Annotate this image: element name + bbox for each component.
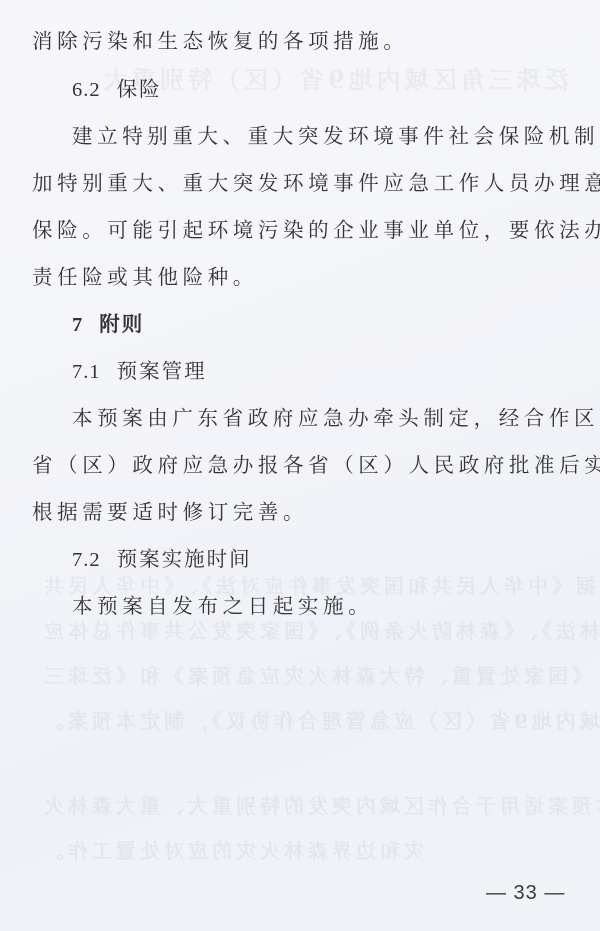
section-title: 预案管理 [117,359,207,383]
chapter-heading-7: 7附则 [72,310,144,339]
paragraph-line: 本预案自发布之日起实施。 [72,592,373,620]
chapter-title: 附则 [99,312,144,336]
paragraph-line: 省（区）政府应急办报各省（区）人民政府批准后实施，并 [32,451,600,479]
document-page: 泛珠三角区域内地9省（区）特别重大 根据《中华人民共和国突发事件应对法》、《中华… [0,0,600,931]
paragraph-line: 建立特别重大、重大突发环境事件社会保险机制。为参 [72,122,600,150]
bleed-through-text: 急预案》、《国家处置重、特大森林火灾应急预案》和《泛珠三 [40,660,600,689]
chapter-number: 7 [72,314,83,336]
paragraph-line: 责任险或其他险种。 [32,263,258,291]
bleed-through-text: 泛珠三角区域内地9省（区）特别重大 [100,60,569,95]
section-title: 预案实施时间 [117,547,252,571]
section-number: 7.1 [72,361,101,383]
section-heading-7-1: 7.1预案管理 [72,357,207,386]
bleed-through-text: 本预案适用于合作区域内突发的特别重大、重大森林火 [40,790,600,819]
section-heading-6-2: 6.2保险 [72,75,162,104]
paragraph-line: 加特别重大、重大突发环境事件应急工作人员办理意外伤害 [32,169,600,197]
section-number: 6.2 [72,79,101,101]
paragraph-line: 保险。可能引起环境污染的企业事业单位，要依法办理相关 [32,216,600,244]
bleed-through-text: 角区域内地9省（区）应急管理合作协议》，制定本预案。 [40,705,600,734]
section-title: 保险 [117,77,162,101]
paragraph-line: 消除污染和生态恢复的各项措施。 [32,27,409,55]
page-number: — 33 — [486,882,565,905]
section-number: 7.2 [72,549,101,571]
paragraph-line: 本预案由广东省政府应急办牵头制定，经合作区域内各 [72,404,600,432]
bleed-through-text: 灾和边界森林火灾的应对处置工作。 [40,835,424,864]
section-heading-7-2: 7.2预案实施时间 [72,545,252,574]
paragraph-line: 根据需要适时修订完善。 [32,498,308,526]
